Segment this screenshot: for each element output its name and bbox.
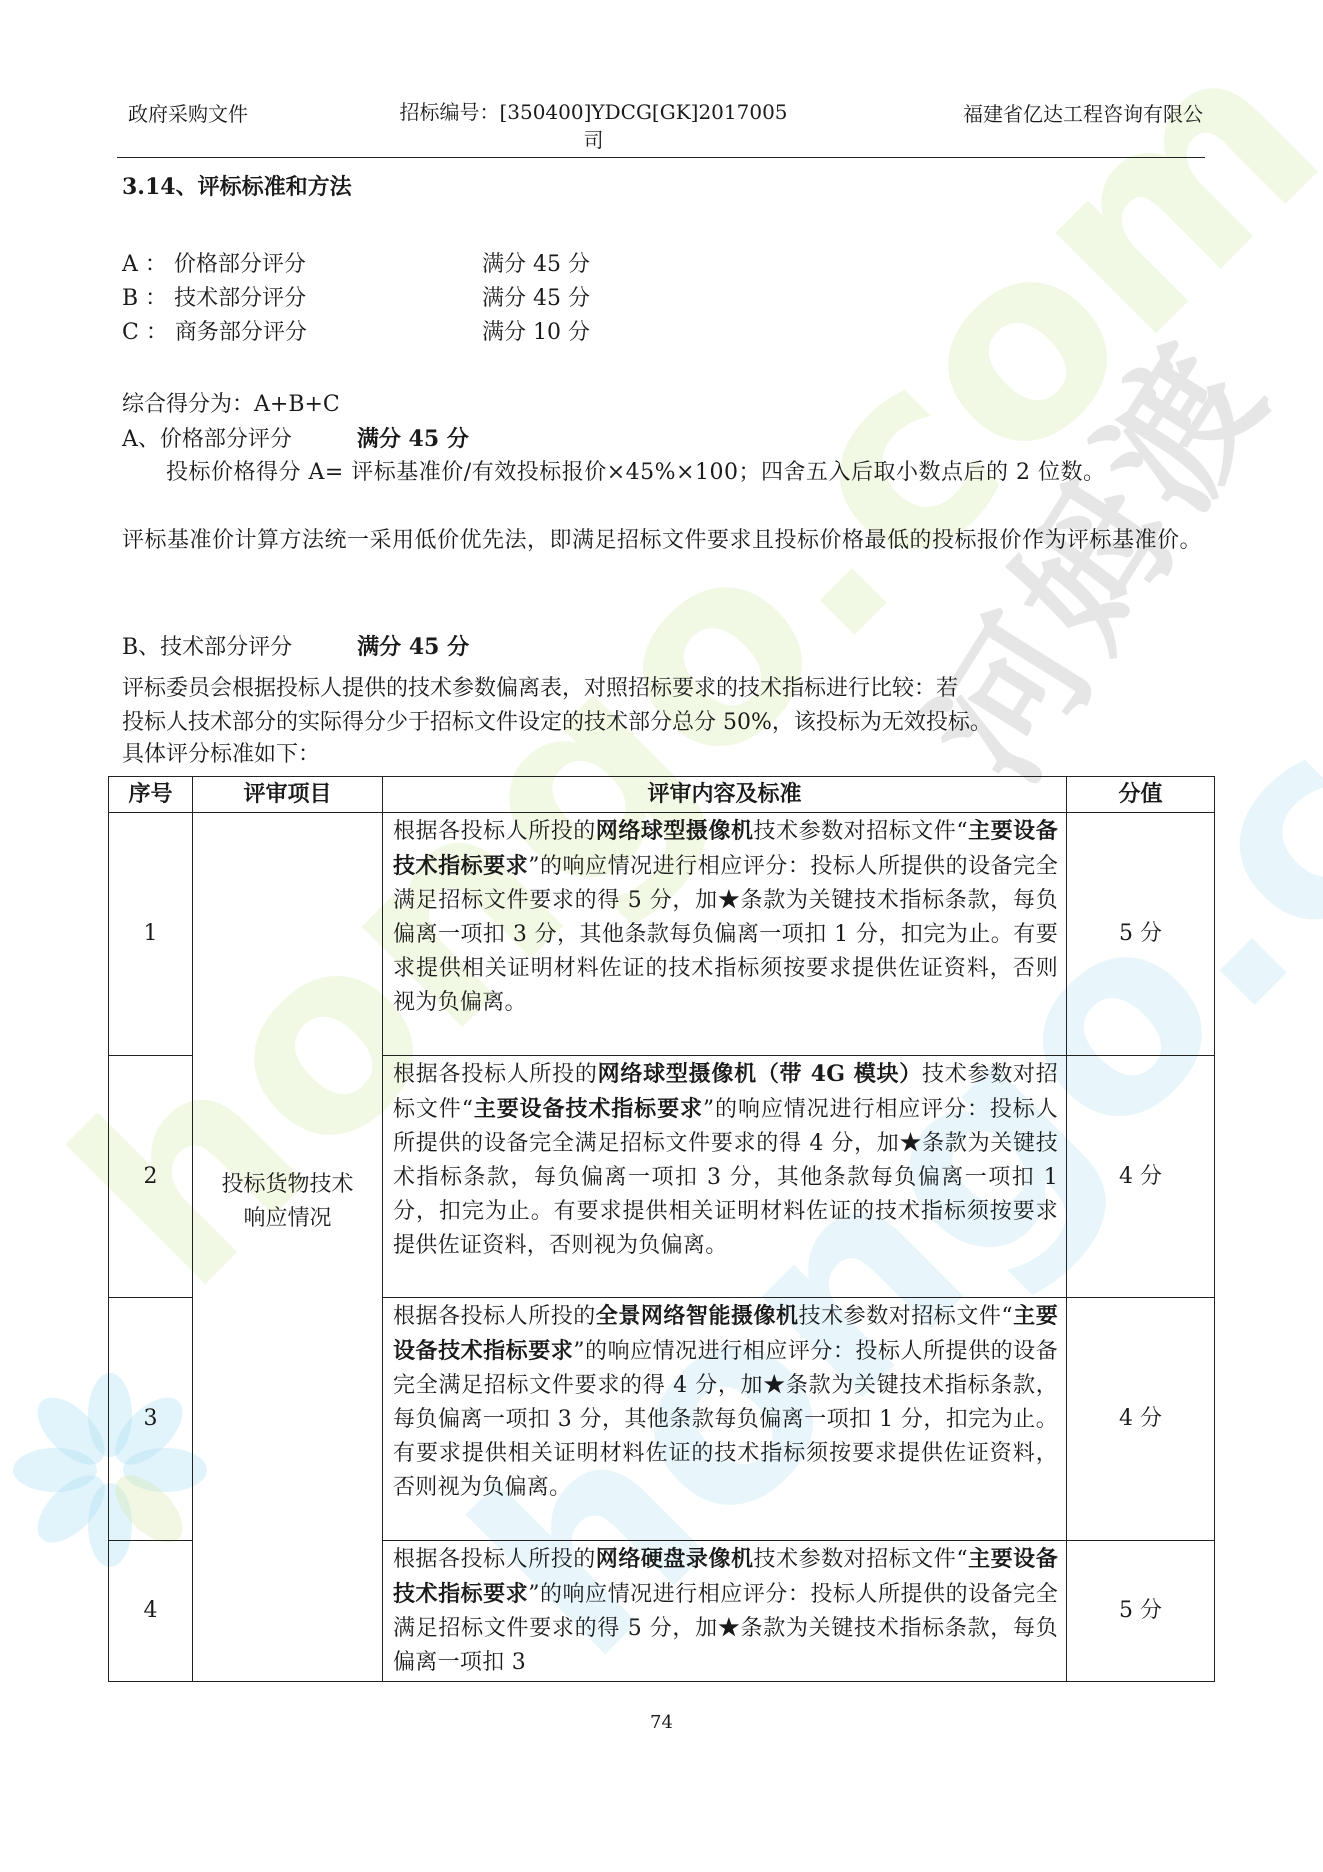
equipment-name: 网络球型摄像机（带 4G 模块） <box>598 1061 922 1087</box>
header-tender-number-text: 招标编号：[350400]YDCG[GK]2017005 <box>386 98 801 126</box>
header-tender-number: 招标编号：[350400]YDCG[GK]2017005 司 <box>386 98 801 154</box>
page-number: 74 <box>0 1712 1323 1733</box>
content-pre: 根据各投标人所投的 <box>393 1304 596 1329</box>
section-title: 3.14、评标标准和方法 <box>122 170 352 204</box>
row-number: 2 <box>109 1056 193 1298</box>
score-summary-row: A ： 价格部分评分 满分 45 分 <box>122 248 590 282</box>
price-heading-label: A、价格部分评分 <box>122 427 292 452</box>
tech-heading-score: 满分 45 分 <box>357 634 469 660</box>
score-summary-label: A ： 价格部分评分 <box>122 248 482 282</box>
criteria-content: 根据各投标人所投的网络球型摄像机（带 4G 模块）技术参数对招标文件“主要设备技… <box>383 1056 1067 1298</box>
score-summary-label: C ： 商务部分评分 <box>122 316 482 350</box>
equipment-name: 网络球型摄像机 <box>596 818 754 844</box>
col-header-item: 评审项目 <box>193 777 383 813</box>
content-mid: 技术参数对招标文件“ <box>799 1304 1013 1329</box>
row-number: 4 <box>109 1541 193 1682</box>
price-section-heading: A、价格部分评分满分 45 分 <box>122 422 469 457</box>
tech-intro-line-3: 具体评分标准如下： <box>122 738 320 772</box>
item-label: 投标货物技术响应情况 <box>218 1168 358 1236</box>
header-divider <box>117 157 1205 158</box>
criteria-content: 根据各投标人所投的全景网络智能摄像机技术参数对招标文件“主要设备技术指标要求”的… <box>383 1298 1067 1541</box>
col-header-number: 序号 <box>109 777 193 813</box>
content-pre: 根据各投标人所投的 <box>393 1062 598 1087</box>
row-score: 5 分 <box>1067 1541 1215 1682</box>
col-header-score: 分值 <box>1067 777 1215 813</box>
score-summary-row: B ： 技术部分评分 满分 45 分 <box>122 282 590 316</box>
criteria-content: 根据各投标人所投的网络硬盘录像机技术参数对招标文件“主要设备技术指标要求”的响应… <box>383 1541 1067 1682</box>
table-row: 1 投标货物技术响应情况 根据各投标人所投的网络球型摄像机技术参数对招标文件“主… <box>109 813 1215 1056</box>
content-mid: 技术参数对招标文件“ <box>754 819 968 844</box>
tech-section-heading: B、技术部分评分满分 45 分 <box>122 630 469 665</box>
table-header-row: 序号 评审项目 评审内容及标准 分值 <box>109 777 1215 813</box>
score-summary-value: 满分 10 分 <box>482 316 590 350</box>
row-score: 4 分 <box>1067 1056 1215 1298</box>
row-score: 4 分 <box>1067 1298 1215 1541</box>
header-doc-type: 政府采购文件 <box>128 98 248 127</box>
total-formula: 综合得分为：A+B+C <box>122 388 340 422</box>
price-heading-score: 满分 45 分 <box>357 426 469 452</box>
requirement-ref: 主要设备技术指标要求 <box>473 1096 703 1122</box>
equipment-name: 网络硬盘录像机 <box>596 1546 754 1572</box>
content-pre: 根据各投标人所投的 <box>393 819 596 844</box>
col-header-content: 评审内容及标准 <box>383 777 1067 813</box>
tech-intro-line-1: 评标委员会根据投标人提供的技术参数偏离表，对照招标要求的技术指标进行比较：若 <box>122 672 958 706</box>
score-summary-row: C ： 商务部分评分 满分 10 分 <box>122 316 590 350</box>
price-basis-paragraph: 评标基准价计算方法统一采用低价优先法，即满足招标文件要求且投标价格最低的投标报价… <box>122 524 1207 558</box>
header-company: 福建省亿达工程咨询有限公 <box>963 98 1203 127</box>
score-summary-label: B ： 技术部分评分 <box>122 282 482 316</box>
tech-intro-line-2: 投标人技术部分的实际得分少于招标文件设定的技术部分总分 50%，该投标为无效投标… <box>122 706 992 740</box>
content-pre: 根据各投标人所投的 <box>393 1547 596 1572</box>
merged-item-cell: 投标货物技术响应情况 <box>193 813 383 1682</box>
row-number: 1 <box>109 813 193 1056</box>
criteria-content: 根据各投标人所投的网络球型摄像机技术参数对招标文件“主要设备技术指标要求”的响应… <box>383 813 1067 1056</box>
scoring-criteria-table: 序号 评审项目 评审内容及标准 分值 1 投标货物技术响应情况 根据各投标人所投… <box>108 776 1215 1682</box>
score-summary-value: 满分 45 分 <box>482 282 590 316</box>
price-formula-paragraph: 投标价格得分 A= 评标基准价/有效投标报价×45%×100；四舍五入后取小数点… <box>122 456 1207 490</box>
score-summary: A ： 价格部分评分 满分 45 分 B ： 技术部分评分 满分 45 分 C … <box>122 248 590 350</box>
page-header: 政府采购文件 招标编号：[350400]YDCG[GK]2017005 司 福建… <box>118 98 1203 158</box>
row-number: 3 <box>109 1298 193 1541</box>
row-score: 5 分 <box>1067 813 1215 1056</box>
equipment-name: 全景网络智能摄像机 <box>596 1303 799 1329</box>
score-summary-value: 满分 45 分 <box>482 248 590 282</box>
tech-heading-label: B、技术部分评分 <box>122 635 292 660</box>
header-tender-number-wrap: 司 <box>386 126 801 154</box>
content-mid: 技术参数对招标文件“ <box>754 1547 968 1572</box>
